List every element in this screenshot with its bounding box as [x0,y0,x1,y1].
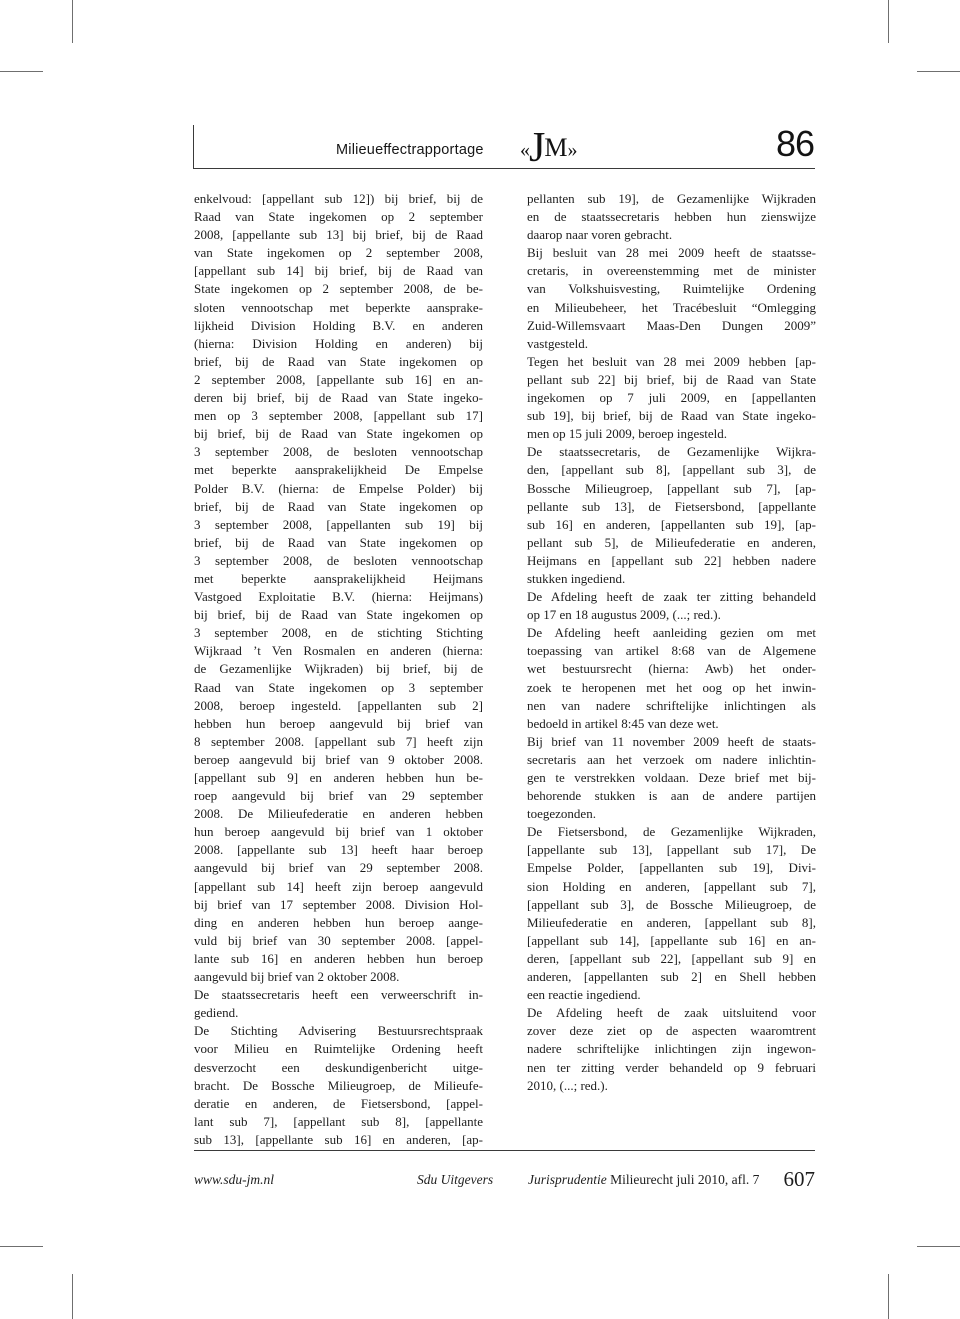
text-column-left: enkelvoud: [appellant sub 12]) bij brief… [194,190,483,1149]
text-line: sub 16] en anderen, [appellanten sub 19]… [527,516,816,534]
text-line: op 17 en 18 augustus 2009, (...; red.). [527,606,816,624]
text-line: 2010, (...; red.). [527,1077,816,1095]
text-line: [appellant sub 14], [appellante sub 16] … [527,932,816,950]
text-line: 8 september 2008. [appellant sub 7] heef… [194,733,483,751]
text-line: zover deze ziet op de aspecten waaromtre… [527,1022,816,1040]
text-line: sub 19], bij brief, bij de Raad van Stat… [527,407,816,425]
logo-letter-m: M [544,125,567,171]
text-line: Zuid-Willemsvaart Maas-Den Dungen 2009” [527,317,816,335]
text-line: beroep aangevuld bij brief van 9 oktober… [194,751,483,769]
text-line: 2008, beroep ingesteld. [appellanten sub… [194,697,483,715]
text-line: [appellant sub 3], de Bossche Milieugroe… [527,896,816,914]
text-line: lijkheid Division Holding B.V. en andere… [194,317,483,335]
text-line: deren, [appellant sub 22], [appellant su… [527,950,816,968]
text-line: De Afdeling heeft aanleiding gezien om m… [527,624,816,642]
text-line: aangevuld bij brief van 2 oktober 2008. [194,968,483,986]
text-line: gen te verstrekken voldaan. Deze brief m… [527,769,816,787]
text-line: roep aangevuld bij brief van 29 septembe… [194,787,483,805]
text-line: van State ingekomen op 2 september 2008, [194,244,483,262]
footer-url: www.sdu-jm.nl [194,1172,274,1188]
text-line: en de staatssecretaris hebben hun ziensw… [527,208,816,226]
text-line: bedoeld in artikel 8:45 van deze wet. [527,715,816,733]
header-left-tick-rule [193,125,194,168]
text-line: De staatssecretaris, de Gezamenlijke Wij… [527,443,816,461]
text-line: De Stichting Advisering Bestuursrechtspr… [194,1022,483,1040]
case-number: 86 [776,126,814,162]
journal-logo-jm: « J M » [520,120,577,168]
text-line: Heijmans en [appellant sub 22] hebben na… [527,552,816,570]
text-line: deren bij brief, bij de Raad van State i… [194,389,483,407]
text-line: De Fietsersbond, de Gezamenlijke Wijkrad… [527,823,816,841]
text-line: vuld bij brief van 30 september 2008. [a… [194,932,483,950]
crop-mark-bottom-left-vertical [72,1274,73,1319]
logo-close-guillemet: » [567,127,577,173]
crop-mark-bottom-right-horizontal [917,1246,960,1247]
text-line: Bij brief van 11 november 2009 heeft de … [527,733,816,751]
text-line: van Volkshuisvesting, Ruimtelijke Ordeni… [527,280,816,298]
text-line: ingekomen op 7 juli 2009, en [appellante… [527,389,816,407]
text-line: een reactie ingediend. [527,986,816,1004]
footer-rule [194,1150,815,1151]
text-line: en Milieubeheer, het Tracébesluit “Omleg… [527,299,816,317]
text-line: anderen, [appellanten sub 2] en Shell he… [527,968,816,986]
text-line: zoek te heropenen met het oog op het inw… [527,679,816,697]
text-line: pellanten sub 19], de Gezamenlijke Wijkr… [527,190,816,208]
text-line: Raad van State ingekomen op 3 september [194,679,483,697]
text-line: bracht. De Bossche Milieugroep, de Milie… [194,1077,483,1095]
text-line: men op 15 juli 2009, beroep ingesteld. [527,425,816,443]
text-line: De Afdeling heeft de zaak uitsluitend vo… [527,1004,816,1022]
text-line: Bij besluit van 28 mei 2009 heeft de sta… [527,244,816,262]
header-rule [193,168,815,169]
text-line: bij brief, bij de Raad van State ingekom… [194,606,483,624]
text-line: hebben hun beroep aangevuld bij brief va… [194,715,483,733]
text-line: [appellant sub 14] heeft zijn beroep aan… [194,878,483,896]
text-line: wet bestuursrecht (hierna: Awb) het onde… [527,660,816,678]
text-line: De staatssecretaris heeft een verweersch… [194,986,483,1004]
text-line: aangevuld bij brief van 29 september 200… [194,859,483,877]
crop-mark-top-right-vertical [888,0,889,43]
crop-mark-top-left-horizontal [0,71,43,72]
text-line: nen ter zitting verder behandeld op 9 fe… [527,1059,816,1077]
crop-mark-bottom-right-vertical [888,1274,889,1319]
text-line: 2008. [appellante sub 13] heeft haar ber… [194,841,483,859]
text-line: secretaris aan het verzoek om nadere inl… [527,751,816,769]
text-line: men op 3 september 2008, [appellant sub … [194,407,483,425]
text-line: toegezonden. [527,805,816,823]
crop-mark-top-left-vertical [72,0,73,43]
text-line: ding en anderen hebben hun beroep aange- [194,914,483,932]
text-line: toepassing van artikel 8:68 van de Algem… [527,642,816,660]
text-line: de Gezamenlijke Wijkraden) bij brief, bi… [194,660,483,678]
text-line: nadere schriftelijke inlichtingen zijn i… [527,1040,816,1058]
footer-journal-title: Jurisprudentie [528,1172,607,1187]
text-line: desverzocht een deskundigenbericht uitge… [194,1059,483,1077]
text-line: daarop naar voren gebracht. [527,226,816,244]
text-line: deratie en anderen, de Fietsersbond, [ap… [194,1095,483,1113]
text-line: met beperkte aansprakelijkheid Heijmans [194,570,483,588]
text-column-right: pellanten sub 19], de Gezamenlijke Wijkr… [527,190,816,1095]
text-line: voor Milieu en Ruimtelijke Ordening heef… [194,1040,483,1058]
text-line: 3 september 2008, [appellanten sub 19] b… [194,516,483,534]
text-line: pellante sub 13], de Fietsersbond, [appe… [527,498,816,516]
text-line: nen van nadere schriftelijke inlichtinge… [527,697,816,715]
text-line: pellant sub 22] bij brief, bij de Raad v… [527,371,816,389]
text-line: lante sub 16] en anderen hebben hun bero… [194,950,483,968]
text-line: Raad van State ingekomen op 2 september [194,208,483,226]
crop-mark-bottom-left-horizontal [0,1246,43,1247]
text-line: Tegen het besluit van 28 mei 2009 hebben… [527,353,816,371]
text-line: pellant sub 5], de Milieufederatie en an… [527,534,816,552]
text-line: stukken ingediend. [527,570,816,588]
text-line: brief, bij de Raad van State ingekomen o… [194,353,483,371]
text-line: Bossche Milieugroep, [appellant sub 7], … [527,480,816,498]
text-line: Wijkraad ’t Ven Rosmalen en anderen (hie… [194,642,483,660]
text-line: 2008. De Milieufederatie en anderen hebb… [194,805,483,823]
text-line: 2 september 2008, [appellante sub 16] en… [194,371,483,389]
text-line: met beperkte aansprakelijkheid De Empels… [194,461,483,479]
text-line: bij brief, bij de Raad van State ingekom… [194,425,483,443]
text-line: sub 13], [appellante sub 16] en anderen,… [194,1131,483,1149]
text-line: brief, bij de Raad van State ingekomen o… [194,498,483,516]
section-title: Milieueffectrapportage [336,142,484,158]
text-line: den, [appellant sub 8], [appellant sub 3… [527,461,816,479]
text-line: Empelse Polder, [appellanten sub 19], Di… [527,859,816,877]
text-line: cretaris, in overeenstemming met de mini… [527,262,816,280]
text-line: sloten vennootschap met beperkte aanspra… [194,299,483,317]
text-line: De Afdeling heeft de zaak ter zitting be… [527,588,816,606]
text-line: State ingekomen op 2 september 2008, de … [194,280,483,298]
text-line: brief, bij de Raad van State ingekomen o… [194,534,483,552]
text-line: [appellante sub 13], [appellant sub 17],… [527,841,816,859]
text-line: 3 september 2008, de besloten vennootsch… [194,552,483,570]
text-line: 3 september 2008, en de stichting Sticht… [194,624,483,642]
text-line: gediend. [194,1004,483,1022]
text-line: Vastgoed Exploitatie B.V. (hierna: Heijm… [194,588,483,606]
crop-mark-top-right-horizontal [917,71,960,72]
text-line: vastgesteld. [527,335,816,353]
footer-journal-info: Jurisprudentie Milieurecht juli 2010, af… [528,1172,759,1188]
text-line: [appellant sub 9] en anderen hebben hun … [194,769,483,787]
footer-page-number: 607 [784,1167,816,1192]
text-line: (hierna: Division Holding en anderen) bi… [194,335,483,353]
text-line: lant sub 7], [appellant sub 8], [appella… [194,1113,483,1131]
text-line: behorende stukken is aan de andere parti… [527,787,816,805]
text-line: sion Holding en anderen, [appellant sub … [527,878,816,896]
text-line: 3 september 2008, de besloten vennootsch… [194,443,483,461]
text-line: Polder B.V. (hierna: de Empelse Polder) … [194,480,483,498]
text-line: bij brief van 17 september 2008. Divisio… [194,896,483,914]
text-line: Milieufederatie en anderen, [appellant s… [527,914,816,932]
text-line: enkelvoud: [appellant sub 12]) bij brief… [194,190,483,208]
text-line: [appellant sub 14] bij brief, bij de Raa… [194,262,483,280]
text-line: hun beroep aangevuld bij brief van 1 okt… [194,823,483,841]
journal-page: Milieueffectrapportage « J M » 86 enkelv… [0,0,960,1319]
text-line: 2008, [appellante sub 13] bij brief, bij… [194,226,483,244]
footer-publisher: Sdu Uitgevers [417,1172,493,1188]
logo-letter-j: J [529,125,545,171]
footer-journal-issue: Milieurecht juli 2010, afl. 7 [607,1172,760,1187]
